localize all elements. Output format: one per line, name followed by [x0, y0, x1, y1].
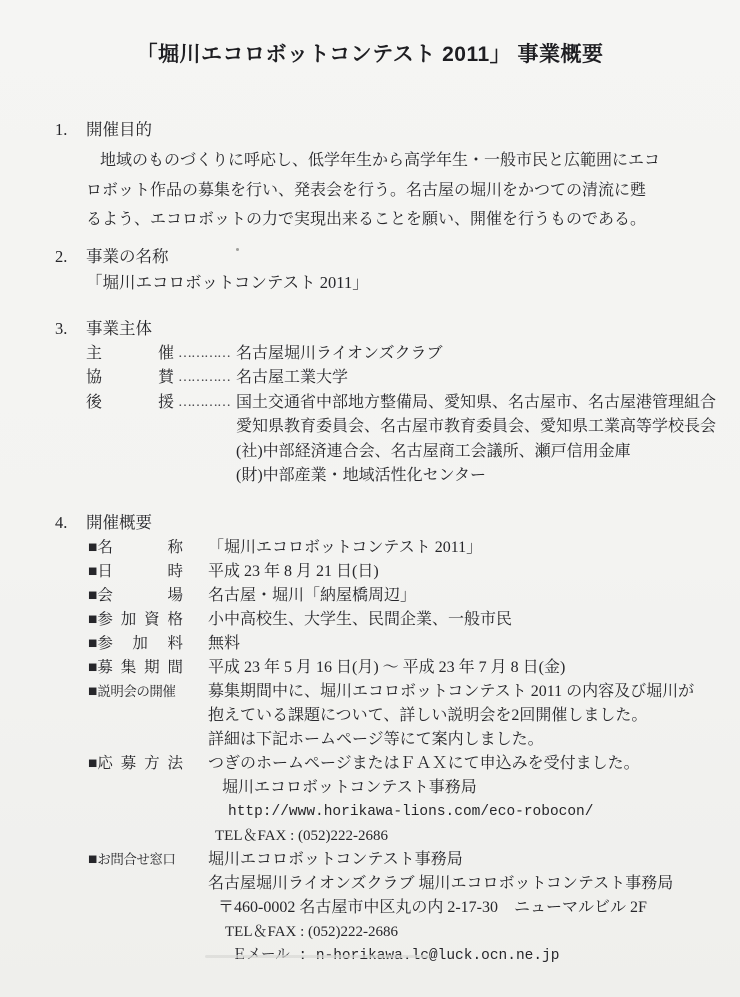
- section-heading: 事業の名称: [86, 247, 169, 266]
- square-bullet-icon: ■: [88, 632, 97, 656]
- scanned-document-page: 「堀川エコロボットコンテスト 2011」 事業概要 1.開催目的 地域のものづく…: [0, 0, 740, 997]
- contact-office-name: 堀川エコロボットコンテスト事務局: [208, 848, 673, 872]
- row-value-lines: つぎのホームページまたはＦＡＸにて申込みを受付ました。 堀川エコロボットコンテス…: [208, 752, 640, 848]
- contact-tel-fax: TEL＆FAX : (052)222-2686: [225, 920, 673, 944]
- row-label: ■お問合せ窓口: [88, 848, 183, 968]
- apply-office-name: 堀川エコロボットコンテスト事務局: [222, 776, 640, 800]
- section-heading: 事業主体: [86, 319, 152, 338]
- apply-tel-fax: TEL＆FAX : (052)222-2686: [215, 824, 640, 848]
- row-label: ■日時: [88, 560, 183, 584]
- purpose-paragraph: 地域のものづくりに呼応し、低学年生から高学年生・一般市民と広範囲にエコ ロボット…: [86, 146, 710, 235]
- row-label: ■会場: [88, 584, 183, 608]
- document-title: 「堀川エコロボットコンテスト 2011」 事業概要: [0, 42, 740, 68]
- organizer-value: 名古屋工業大学: [236, 366, 348, 391]
- overview-row-date: ■日時 平成 23 年 8 月 21 日(日): [88, 560, 710, 584]
- row-value: 無料: [208, 632, 240, 656]
- scan-speck-artifact: [236, 248, 239, 251]
- section-purpose: 1.開催目的 地域のものづくりに呼応し、低学年生から高学年生・一般市民と広範囲に…: [55, 118, 710, 235]
- row-label: ■参加資格: [88, 608, 183, 632]
- section-heading-row: 1.開催目的: [55, 118, 710, 142]
- dotted-leader: …………: [178, 342, 230, 367]
- organizer-row-support: 後援 ………… 国土交通省中部地方整備局、愛知県、名古屋市、名古屋港管理組合 愛…: [86, 391, 710, 489]
- square-bullet-icon: ■: [88, 680, 97, 752]
- row-label-text: 参加料: [97, 632, 183, 656]
- row-value: 名古屋・堀川「納屋橋周辺」: [208, 584, 416, 608]
- organizer-row-host: 主催 ………… 名古屋堀川ライオンズクラブ: [86, 342, 710, 367]
- section-heading-row: 4.開催概要: [55, 511, 710, 535]
- section-heading-row: 3.事業主体: [55, 317, 710, 341]
- overview-rows: ■名称 「堀川エコロボットコンテスト 2011」 ■日時 平成 23 年 8 月…: [88, 536, 710, 968]
- dotted-leader: …………: [178, 391, 230, 489]
- organizer-row-sponsor: 協賛 ………… 名古屋工業大学: [86, 366, 710, 391]
- organizer-value: 名古屋堀川ライオンズクラブ: [236, 342, 443, 367]
- row-label-text: 名称: [97, 536, 183, 560]
- row-label-text: 募集期間: [97, 656, 183, 680]
- row-label-text: 応募方法: [97, 752, 183, 848]
- row-label: ■説明会の開催: [88, 680, 183, 752]
- contact-club-office: 名古屋堀川ライオンズクラブ 堀川エコロボットコンテスト事務局: [208, 872, 673, 896]
- row-label: ■参加料: [88, 632, 183, 656]
- section-number: 4.: [55, 511, 86, 535]
- section-heading: 開催概要: [86, 513, 152, 532]
- square-bullet-icon: ■: [88, 752, 97, 848]
- row-value: 平成 23 年 8 月 21 日(日): [208, 560, 379, 584]
- document-body: 「堀川エコロボットコンテスト 2011」 事業概要 1.開催目的 地域のものづく…: [0, 0, 740, 968]
- overview-row-fee: ■参加料 無料: [88, 632, 710, 656]
- square-bullet-icon: ■: [88, 536, 97, 560]
- organizer-role-label: 後援: [86, 391, 174, 489]
- row-label-text: 日時: [97, 560, 183, 584]
- row-label: ■応募方法: [88, 752, 183, 848]
- row-label-text: 参加資格: [97, 608, 183, 632]
- row-value: 募集期間中に、堀川エコロボットコンテスト 2011 の内容及び堀川が 抱えている…: [208, 680, 694, 752]
- row-label: ■募集期間: [88, 656, 183, 680]
- organizer-rows: 主催 ………… 名古屋堀川ライオンズクラブ 協賛 ………… 名古屋工業大学 後援…: [86, 342, 710, 489]
- organizer-role-label: 主催: [86, 342, 174, 367]
- row-value: 小中高校生、大学生、民間企業、一般市民: [208, 608, 512, 632]
- organizer-role-label: 協賛: [86, 366, 174, 391]
- row-value-lines: 堀川エコロボットコンテスト事務局 名古屋堀川ライオンズクラブ 堀川エコロボットコ…: [208, 848, 673, 968]
- section-heading-row: 2.事業の名称: [55, 245, 710, 269]
- apply-instruction: つぎのホームページまたはＦＡＸにて申込みを受付ました。: [208, 752, 640, 776]
- section-number: 3.: [55, 317, 86, 341]
- project-name-value: 「堀川エコロボットコンテスト 2011」: [86, 271, 710, 295]
- row-label-text: 説明会の開催: [97, 680, 183, 752]
- overview-row-name: ■名称 「堀川エコロボットコンテスト 2011」: [88, 536, 710, 560]
- row-value: 「堀川エコロボットコンテスト 2011」: [208, 536, 482, 560]
- overview-row-venue: ■会場 名古屋・堀川「納屋橋周辺」: [88, 584, 710, 608]
- section-heading: 開催目的: [86, 120, 152, 139]
- scan-smudge-artifact: [205, 955, 430, 958]
- section-number: 1.: [55, 118, 86, 142]
- square-bullet-icon: ■: [88, 656, 97, 680]
- section-number: 2.: [55, 245, 86, 269]
- overview-row-how-to-apply: ■応募方法 つぎのホームページまたはＦＡＸにて申込みを受付ました。 堀川エコロボ…: [88, 752, 710, 848]
- overview-row-application-period: ■募集期間 平成 23 年 5 月 16 日(月) ～ 平成 23 年 7 月 …: [88, 656, 710, 680]
- organizer-value: 国土交通省中部地方整備局、愛知県、名古屋市、名古屋港管理組合 愛知県教育委員会、…: [236, 391, 716, 489]
- section-project-name: 2.事業の名称 「堀川エコロボットコンテスト 2011」: [55, 245, 710, 295]
- row-label-text: お問合せ窓口: [97, 848, 183, 968]
- contact-address: 〒460-0002 名古屋市中区丸の内 2-17-30 ニューマルビル 2F: [218, 896, 673, 920]
- overview-row-briefing: ■説明会の開催 募集期間中に、堀川エコロボットコンテスト 2011 の内容及び堀…: [88, 680, 710, 752]
- square-bullet-icon: ■: [88, 584, 97, 608]
- apply-url: http://www.horikawa-lions.com/eco-roboco…: [228, 800, 640, 824]
- square-bullet-icon: ■: [88, 608, 97, 632]
- row-value: 平成 23 年 5 月 16 日(月) ～ 平成 23 年 7 月 8 日(金): [208, 656, 565, 680]
- overview-row-contact: ■お問合せ窓口 堀川エコロボットコンテスト事務局 名古屋堀川ライオンズクラブ 堀…: [88, 848, 710, 968]
- row-label-text: 会場: [97, 584, 183, 608]
- square-bullet-icon: ■: [88, 848, 97, 968]
- section-organizers: 3.事業主体 主催 ………… 名古屋堀川ライオンズクラブ 協賛 ………… 名古屋…: [55, 317, 710, 489]
- row-label: ■名称: [88, 536, 183, 560]
- overview-row-eligibility: ■参加資格 小中高校生、大学生、民間企業、一般市民: [88, 608, 710, 632]
- square-bullet-icon: ■: [88, 560, 97, 584]
- section-event-overview: 4.開催概要 ■名称 「堀川エコロボットコンテスト 2011」 ■日時 平成 2…: [55, 511, 710, 968]
- dotted-leader: …………: [178, 366, 230, 391]
